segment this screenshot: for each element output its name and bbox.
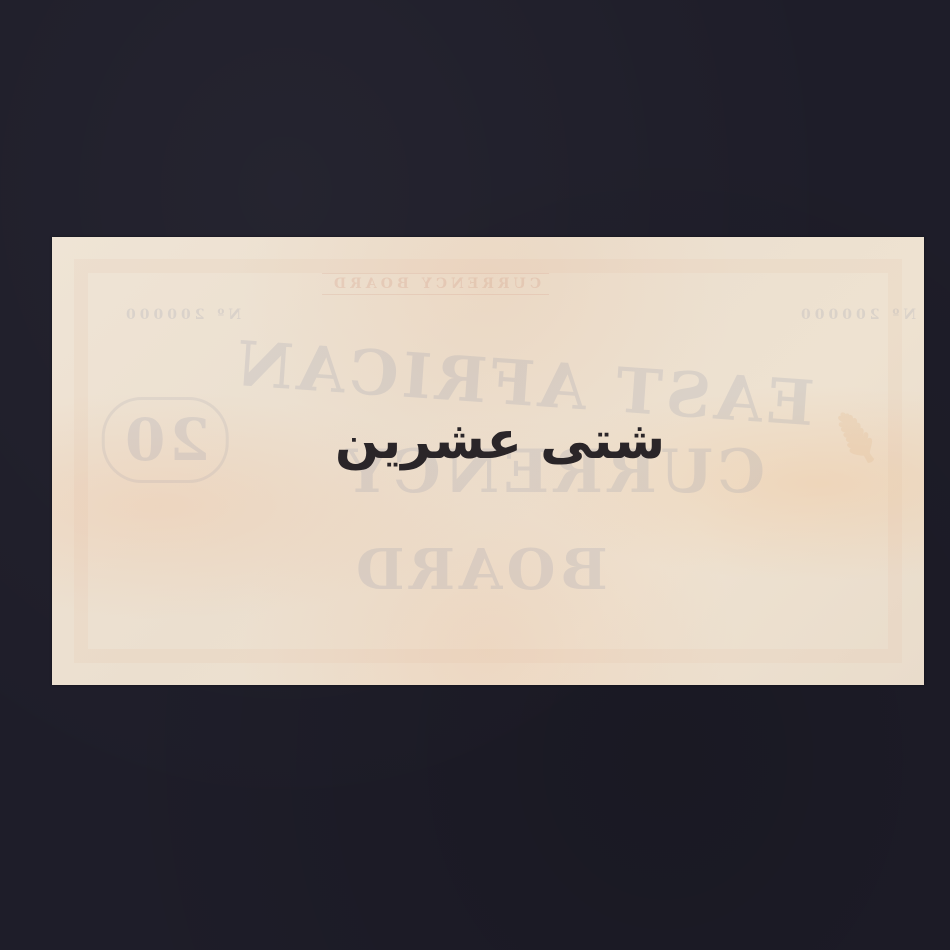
show-through-serial-right: Nº 200000 xyxy=(797,307,916,323)
arabic-denomination-text: شتى عشرين xyxy=(290,415,710,467)
show-through-serial-left: Nº 200000 xyxy=(122,307,241,323)
palm-tree-icon: ⸙ xyxy=(822,377,886,486)
banknote-reverse: CURRENCY BOARD Nº 200000 Nº 200000 EAST … xyxy=(52,237,924,685)
show-through-top-band: CURRENCY BOARD xyxy=(322,273,549,295)
show-through-denomination: 20 xyxy=(102,397,229,483)
show-through-title-line3: BOARD xyxy=(352,537,608,603)
